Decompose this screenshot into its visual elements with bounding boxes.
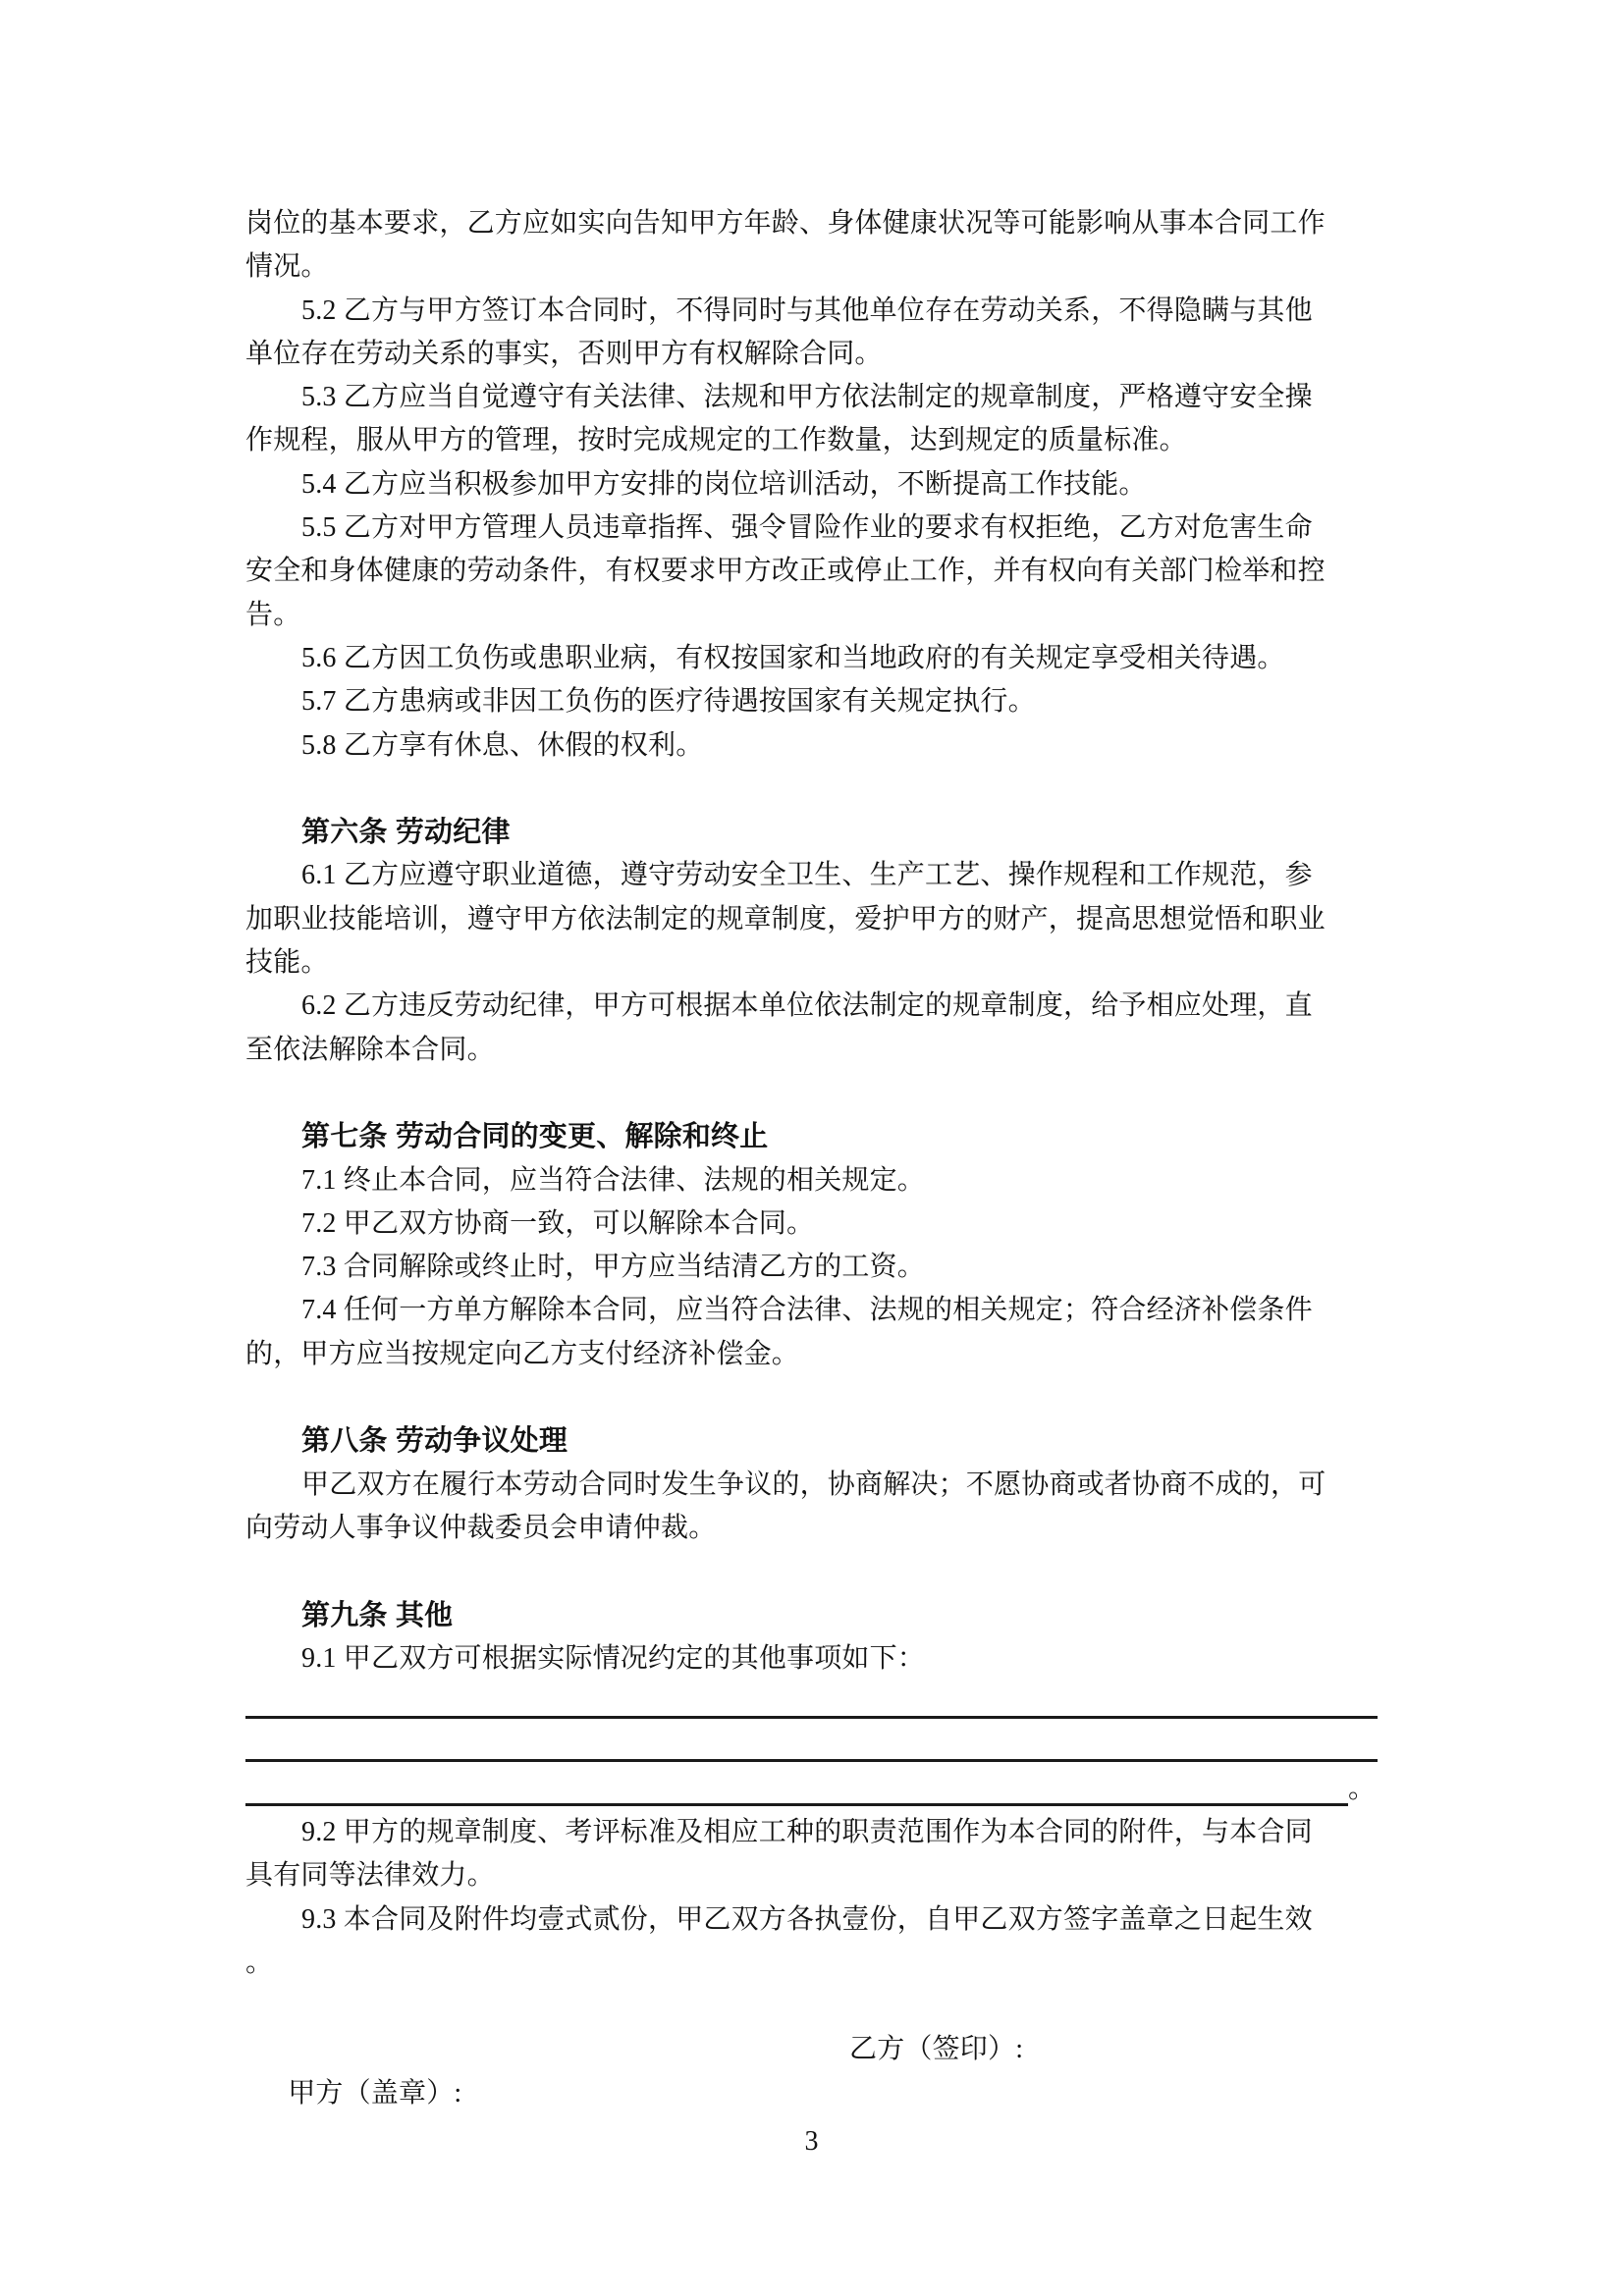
clause-5-3-line-2: 作规程，服从甲方的管理，按时完成规定的工作数量，达到规定的质量标准。 [245, 419, 1378, 462]
clause-7-4-line-1: 7.4 任何一方单方解除本合同，应当符合法律、法规的相关规定；符合经济补偿条件 [245, 1289, 1378, 1332]
spacer-line [245, 1376, 1378, 1419]
clause-5-2-line-2: 单位存在劳动关系的事实，否则甲方有权解除合同。 [245, 333, 1378, 376]
clause-5-2-line-1: 5.2 乙方与甲方签订本合同时，不得同时与其他单位存在劳动关系，不得隐瞒与其他 [245, 290, 1378, 333]
blank-line-period: 。 [1348, 1768, 1376, 1811]
clause-5-8-line-1: 5.8 乙方享有休息、休假的权利。 [245, 724, 1378, 768]
blank-rule [245, 1681, 1378, 1719]
clause-5-5-line-3: 告。 [245, 594, 1378, 637]
article-9-heading: 第九条 其他 [245, 1594, 1378, 1637]
spacer-line [245, 1072, 1378, 1115]
clause-5-4-line-1: 5.4 乙方应当积极参加甲方安排的岗位培训活动，不断提高工作技能。 [245, 463, 1378, 507]
signature-row: 甲方（盖章）: 乙方（签印）: [245, 2028, 1378, 2071]
contract-page-3: 岗位的基本要求，乙方应如实向告知甲方年龄、身体健康状况等可能影响从事本合同工作 … [0, 0, 1623, 2296]
party-b-sign-label: 乙方（签印）: [849, 2028, 1023, 2071]
clause-9-2-line-2: 具有同等法律效力。 [245, 1854, 1378, 1897]
clause-9-1-line-1: 9.1 甲乙双方可根据实际情况约定的其他事项如下： [245, 1637, 1378, 1681]
contract-body: 岗位的基本要求，乙方应如实向告知甲方年龄、身体健康状况等可能影响从事本合同工作 … [245, 202, 1378, 2072]
fill-in-blank-line-3: 。 [245, 1768, 1378, 1811]
clause-6-1-line-2: 加职业技能培训，遵守甲方依法制定的规章制度，爱护甲方的财产，提高思想觉悟和职业 [245, 898, 1378, 941]
clause-9-3-line-2: 。 [245, 1942, 1378, 1985]
article-8-heading: 第八条 劳动争议处理 [245, 1419, 1378, 1463]
page-number: 3 [0, 2120, 1623, 2163]
fill-in-blank-line-2 [245, 1724, 1378, 1767]
clause-5-5-line-2: 安全和身体健康的劳动条件，有权要求甲方改正或停止工作，并有权向有关部门检举和控 [245, 550, 1378, 593]
clause-6-1-line-1: 6.1 乙方应遵守职业道德，遵守劳动安全卫生、生产工艺、操作规程和工作规范，参 [245, 854, 1378, 897]
clause-5-1-cont-line-1: 岗位的基本要求，乙方应如实向告知甲方年龄、身体健康状况等可能影响从事本合同工作 [245, 202, 1378, 245]
article-6-heading: 第六条 劳动纪律 [245, 811, 1378, 854]
clause-9-3-line-1: 9.3 本合同及附件均壹式贰份，甲乙双方各执壹份，自甲乙双方签字盖章之日起生效 [245, 1898, 1378, 1942]
clause-5-7-line-1: 5.7 乙方患病或非因工负伤的医疗待遇按国家有关规定执行。 [245, 680, 1378, 723]
party-a-seal-label: 甲方（盖章）: [288, 2078, 461, 2109]
clause-8-body-line-1: 甲乙双方在履行本劳动合同时发生争议的，协商解决；不愿协商或者协商不成的，可 [245, 1464, 1378, 1507]
clause-9-2-line-1: 9.2 甲方的规章制度、考评标准及相应工种的职责范围作为本合同的附件，与本合同 [245, 1811, 1378, 1854]
clause-5-3-line-1: 5.3 乙方应当自觉遵守有关法律、法规和甲方依法制定的规章制度，严格遵守安全操 [245, 376, 1378, 419]
spacer-line [245, 768, 1378, 811]
clause-6-2-line-1: 6.2 乙方违反劳动纪律，甲方可根据本单位依法制定的规章制度，给予相应处理，直 [245, 985, 1378, 1028]
blank-rule [245, 1724, 1378, 1762]
blank-rule [245, 1768, 1348, 1806]
spacer-line [245, 1985, 1378, 2028]
clause-7-1-line-1: 7.1 终止本合同，应当符合法律、法规的相关规定。 [245, 1159, 1378, 1202]
fill-in-blank-line-1 [245, 1681, 1378, 1724]
spacer-line [245, 1550, 1378, 1593]
clause-5-1-cont-line-2: 情况。 [245, 245, 1378, 289]
clause-7-3-line-1: 7.3 合同解除或终止时，甲方应当结清乙方的工资。 [245, 1246, 1378, 1289]
clause-5-6-line-1: 5.6 乙方因工负伤或患职业病，有权按国家和当地政府的有关规定享受相关待遇。 [245, 637, 1378, 680]
clause-8-body-line-2: 向劳动人事争议仲裁委员会申请仲裁。 [245, 1507, 1378, 1550]
clause-5-5-line-1: 5.5 乙方对甲方管理人员违章指挥、强令冒险作业的要求有权拒绝，乙方对危害生命 [245, 507, 1378, 550]
clause-6-2-line-2: 至依法解除本合同。 [245, 1029, 1378, 1072]
clause-6-1-line-3: 技能。 [245, 941, 1378, 985]
clause-7-2-line-1: 7.2 甲乙双方协商一致，可以解除本合同。 [245, 1202, 1378, 1246]
clause-7-4-line-2: 的，甲方应当按规定向乙方支付经济补偿金。 [245, 1333, 1378, 1376]
article-7-heading: 第七条 劳动合同的变更、解除和终止 [245, 1115, 1378, 1158]
